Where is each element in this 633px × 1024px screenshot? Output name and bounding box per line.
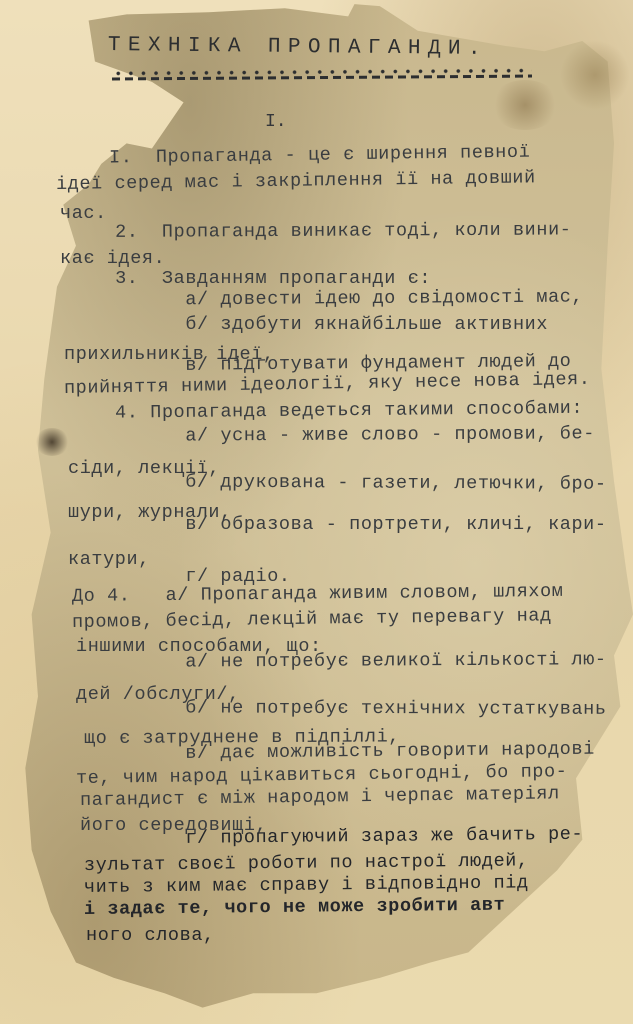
text-line: в/ образова - портрети, кличі, кари-: [80, 514, 607, 535]
text-line: ідеї серед мас і закріплення її на довши…: [56, 167, 536, 195]
document-title: ТЕХНІКА ПРОПАГАНДИ.: [108, 34, 488, 61]
document-content: ТЕХНІКА ПРОПАГАНДИ. І. І. Пропаганда - ц…: [0, 0, 633, 1024]
text-line: а/ довести ідею до свідомості мас,: [80, 286, 583, 311]
text-line: а/ усна - живе слово - промови, бе-: [80, 423, 595, 447]
text-line: До 4. а/ Пропаганда живим словом, шляхом: [72, 581, 564, 607]
text-line: кає ідея.: [60, 248, 165, 269]
text-line: І. Пропаганда - це є ширення певної: [74, 142, 531, 169]
text-line: 3. Завданням пропаганди є:: [80, 268, 431, 289]
text-line: і задає те, чого не може зробити авт: [84, 895, 505, 920]
section-number: І.: [265, 112, 287, 132]
text-line: б/ друкована - газети, летючки, бро-: [80, 471, 607, 495]
text-line: ного слова,: [86, 925, 215, 946]
text-line: а/ не потребує великої кількості лю-: [80, 649, 607, 673]
text-line: г/ пропагуючий зараз же бачить ре-: [80, 824, 583, 850]
text-line: 4. Пропаганда ведеться такими способами:: [80, 398, 583, 424]
text-line: б/ не потребує технічних устаткувань: [80, 697, 607, 720]
text-line: промов, бесід, лекцій має ту перевагу на…: [72, 605, 552, 633]
text-line: 2. Пропаганда виникає тоді, коли вини-: [80, 219, 572, 243]
title-underline: [112, 69, 532, 88]
text-line: час.: [60, 203, 107, 224]
text-line: б/ здобути якнайбільше активних: [80, 314, 548, 335]
